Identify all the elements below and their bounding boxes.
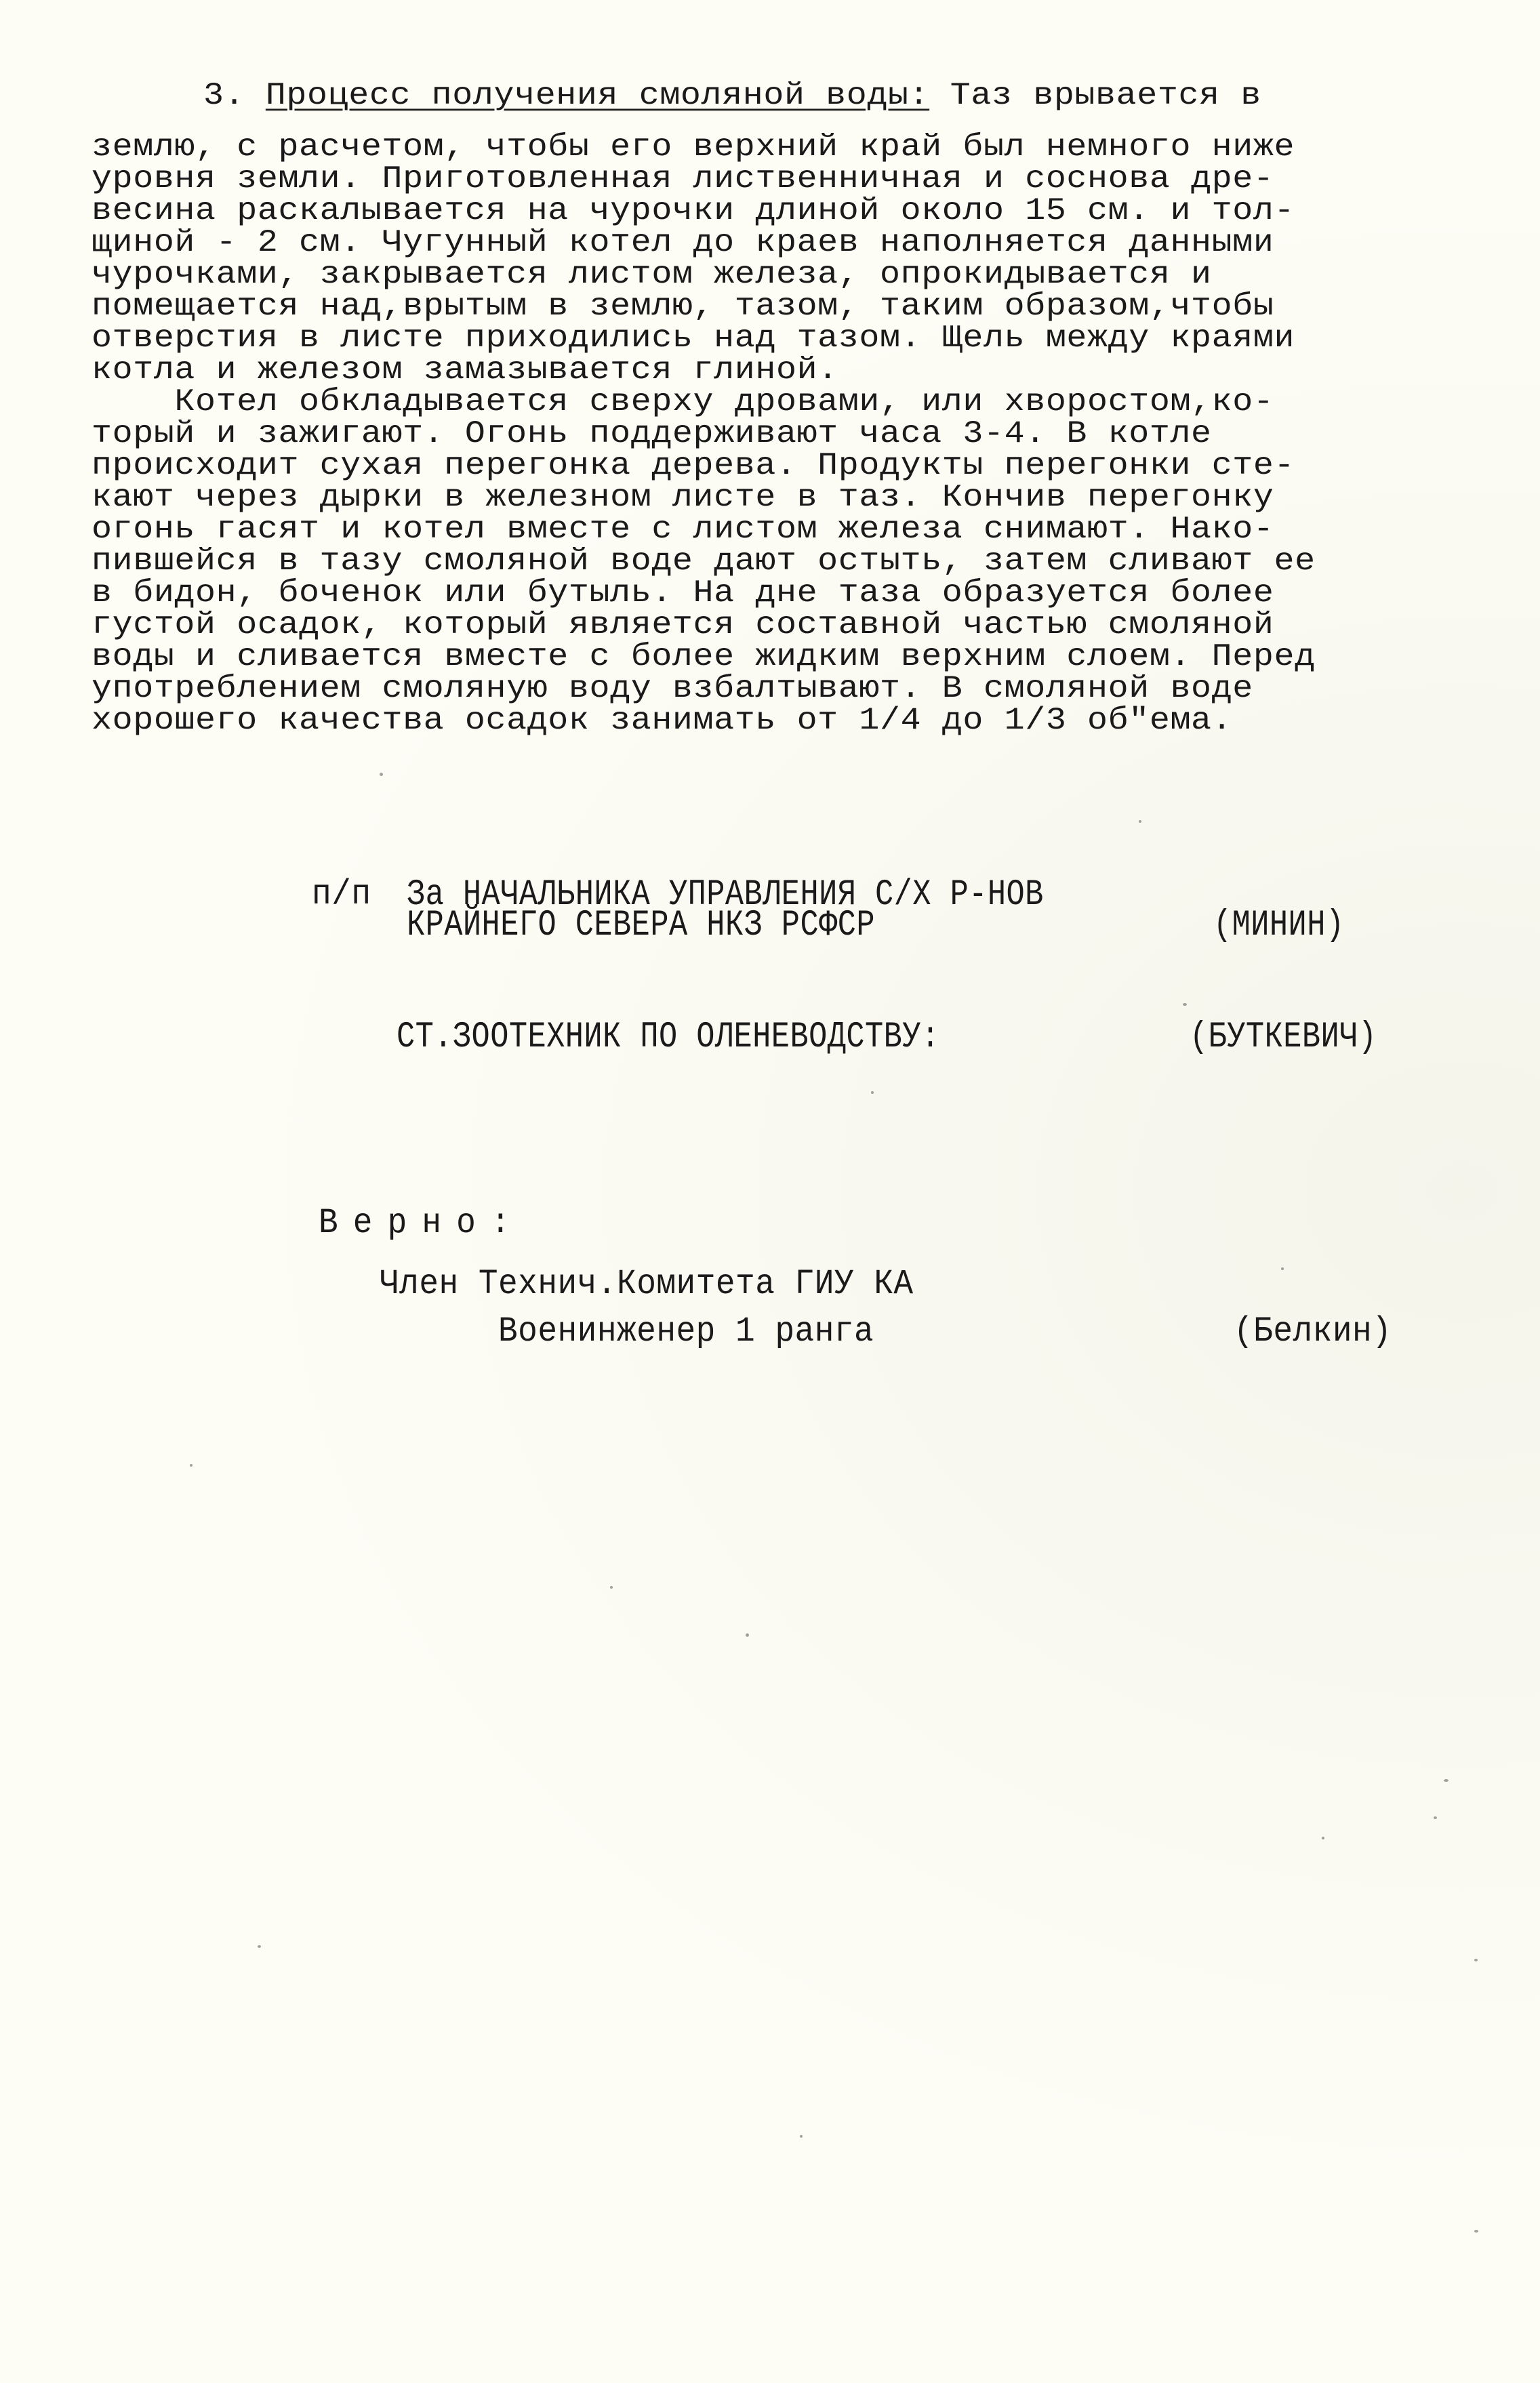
- body-line: весина раскалывается на чурочки длиной о…: [92, 197, 1295, 226]
- body-line: густой осадок, который является составно…: [92, 611, 1274, 640]
- paper-speck: [1434, 1816, 1437, 1819]
- paper-speck: [871, 1091, 874, 1094]
- body-line: уровня земли. Приготовленная лиственничн…: [92, 165, 1274, 194]
- body-line: в бидон, боченок или бутыль. На дне таза…: [92, 579, 1274, 608]
- paper-speck: [258, 1945, 261, 1948]
- paper-speck: [746, 1633, 749, 1637]
- section-first-line: 3. Процесс получения смоляной воды: Таз …: [203, 81, 1261, 110]
- section-heading: Процесс получения смоляной воды:: [266, 78, 929, 113]
- body-line: Котел обкладывается сверху дровами, или …: [92, 388, 1274, 417]
- paper-speck: [1474, 1959, 1478, 1961]
- zootech-name: (БУТКЕВИЧ): [1190, 1017, 1377, 1058]
- body-line: котла и железом замазывается глиной.: [92, 356, 838, 385]
- body-line: огонь гасят и котел вместе с листом желе…: [92, 515, 1274, 544]
- paper-speck: [1183, 1003, 1187, 1006]
- body-line: кают через дырки в железном листе в таз.…: [92, 483, 1274, 512]
- section-number: 3.: [203, 78, 245, 113]
- chief-title-line2: КРАЙНЕГО СЕВЕРА НКЗ РСФСР: [407, 905, 875, 946]
- chief-name: (МИНИН): [1213, 905, 1344, 946]
- paper-speck: [1322, 1837, 1324, 1839]
- body-line: употреблением смоляную воду взбалтывают.…: [92, 674, 1253, 704]
- body-line: отверстия в листе приходились над тазом.…: [92, 324, 1295, 353]
- body-line: происходит сухая перегонка дерева. Проду…: [92, 451, 1295, 481]
- body-line: пившейся в тазу смоляной воде дают остыт…: [92, 547, 1316, 576]
- body-line: землю, с расчетом, чтобы его верхний кра…: [92, 133, 1295, 162]
- paper-speck: [1139, 820, 1141, 823]
- paper-speck: [1444, 1779, 1448, 1782]
- verified-label: Верно:: [319, 1203, 525, 1243]
- signed-prefix: п/п: [312, 874, 371, 914]
- body-line: щиной - 2 см. Чугунный котел до краев на…: [92, 228, 1274, 258]
- body-line: торый и зажигают. Огонь поддерживают час…: [92, 420, 1212, 449]
- section-first-line-rest: Таз врывается в: [929, 78, 1261, 113]
- paper-speck: [190, 1464, 192, 1467]
- verifier-name: (Белкин): [1234, 1311, 1392, 1351]
- body-line: помещается над,врытым в землю, тазом, та…: [92, 292, 1274, 321]
- zootech-title: СТ.ЗООТЕХНИК ПО ОЛЕНЕВОДСТВУ:: [397, 1017, 940, 1058]
- paper-speck: [1281, 1267, 1284, 1270]
- body-line: воды и сливается вместе с более жидким в…: [92, 643, 1316, 672]
- paper-speck: [380, 773, 383, 776]
- paper-speck: [800, 2135, 803, 2138]
- paper-speck: [1474, 2230, 1478, 2233]
- body-line: хорошего качества осадок занимать от 1/4…: [92, 706, 1232, 735]
- body-line: чурочками, закрывается листом железа, оп…: [92, 260, 1212, 289]
- verifier-title-line1: Член Технич.Комитета ГИУ КА: [380, 1264, 914, 1304]
- document-page: 3. Процесс получения смоляной воды: Таз …: [0, 0, 1540, 2383]
- verifier-title-line2: Военинженер 1 ранга: [498, 1311, 874, 1351]
- paper-speck: [610, 1586, 613, 1589]
